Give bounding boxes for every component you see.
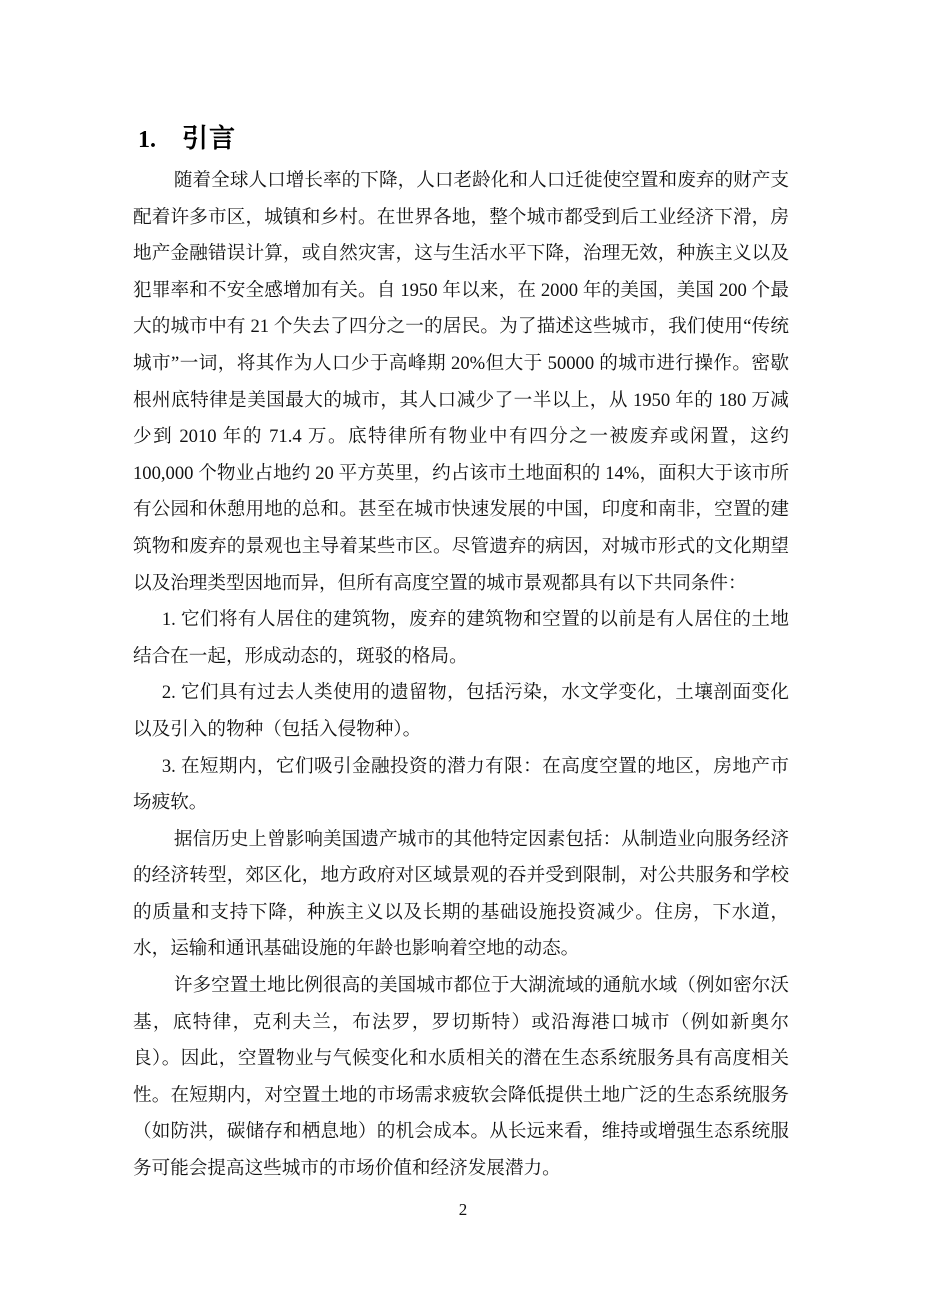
list-item: 3. 在短期内，它们吸引金融投资的潜力有限：在高度空置的地区，房地产市场疲软。: [133, 749, 789, 822]
section-number: 1.: [138, 127, 156, 154]
list-item: 1. 它们将有人居住的建筑物，废弃的建筑物和空置的以前是有人居住的土地结合在一起…: [133, 602, 789, 675]
body-paragraph: 随着全球人口增长率的下降，人口老龄化和人口迁徙使空置和废弃的财产支配着许多市区，…: [133, 163, 789, 602]
document-page: 1. 引言 随着全球人口增长率的下降，人口老龄化和人口迁徙使空置和废弃的财产支配…: [0, 0, 926, 1309]
section-heading: 1. 引言: [138, 118, 236, 155]
body-paragraph: 许多空置土地比例很高的美国城市都位于大湖流域的通航水域（例如密尔沃基，底特律，克…: [133, 968, 789, 1188]
page-number: 2: [0, 1200, 926, 1220]
section-title: 引言: [182, 118, 236, 155]
body-paragraph: 据信历史上曾影响美国遗产城市的其他特定因素包括：从制造业向服务经济的经济转型，郊…: [133, 822, 789, 968]
document-body: 随着全球人口增长率的下降，人口老龄化和人口迁徙使空置和废弃的财产支配着许多市区，…: [133, 163, 789, 1188]
list-item: 2. 它们具有过去人类使用的遗留物，包括污染，水文学变化，土壤剖面变化以及引入的…: [133, 675, 789, 748]
